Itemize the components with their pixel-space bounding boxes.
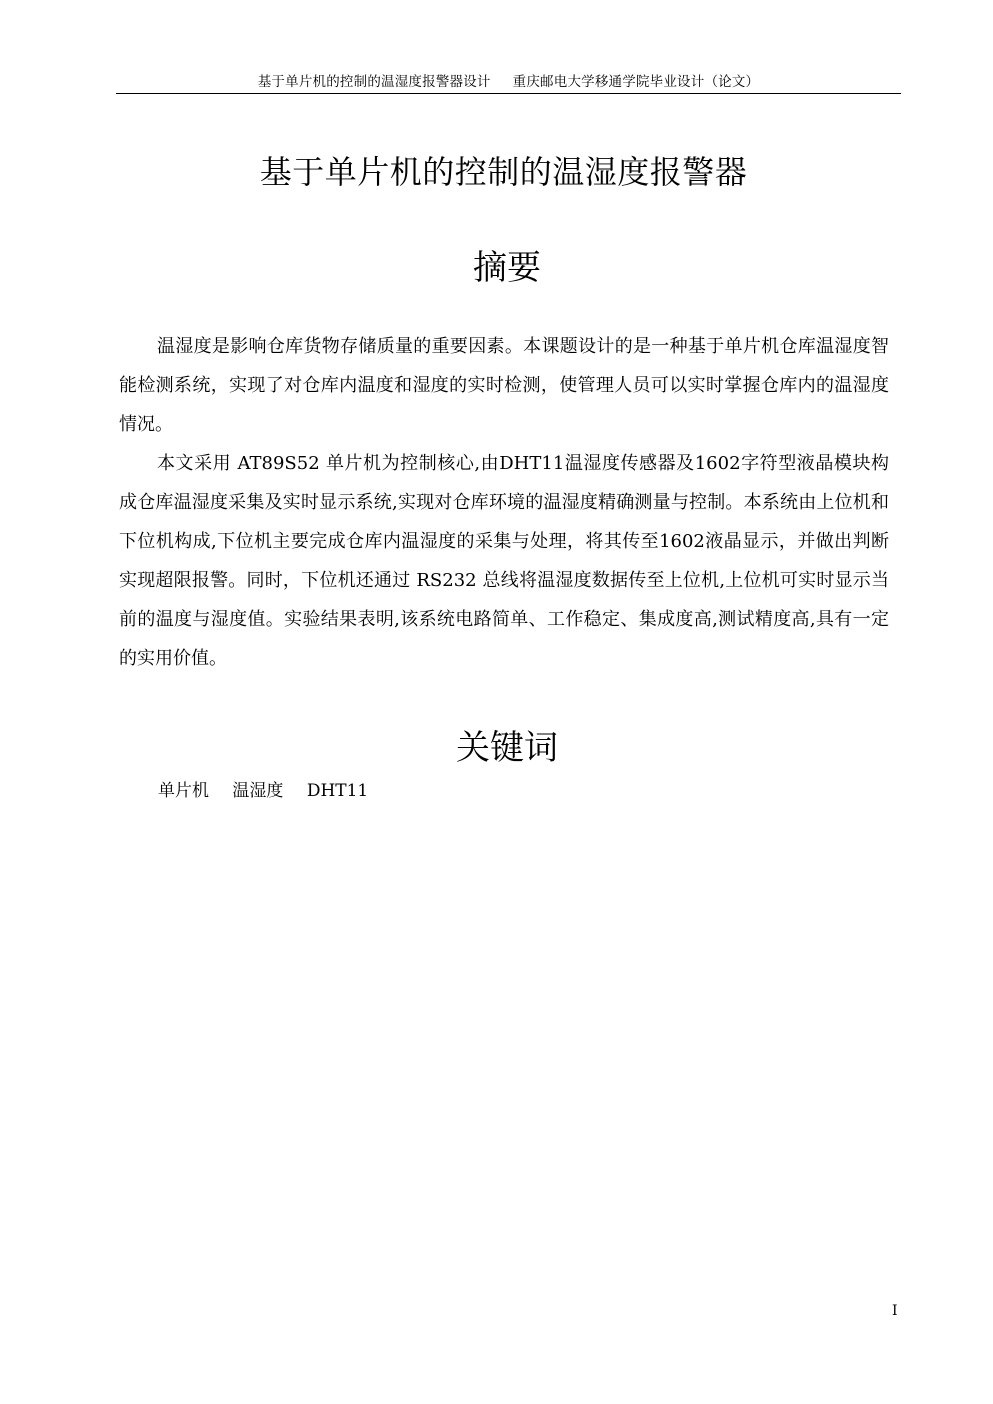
page-title: 基于单片机的控制的温湿度报警器 [0, 147, 993, 193]
keywords-list: 单片机 温湿度 DHT11 [158, 776, 386, 801]
running-header: 基于单片机的控制的温湿度报警器设计重庆邮电大学移通学院毕业设计（论文） [116, 70, 901, 90]
keywords-heading: 关键词 [0, 720, 993, 769]
abstract-heading: 摘要 [0, 240, 993, 289]
header-thesis-title: 基于单片机的控制的温湿度报警器设计 [258, 70, 491, 90]
keyword: 单片机 [158, 781, 209, 801]
abstract-paragraph-1: 温湿度是影响仓库货物存储质量的重要因素。本课题设计的是一种基于单片机仓库温湿度智… [119, 327, 889, 444]
abstract-paragraph-text: 本文采用 AT89S52 单片机为控制核心,由DHT11温湿度传感器及1602字… [119, 444, 889, 678]
keyword: 温湿度 [232, 781, 283, 801]
abstract-paragraph-text: 温湿度是影响仓库货物存储质量的重要因素。本课题设计的是一种基于单片机仓库温湿度智… [119, 327, 889, 444]
keyword: DHT11 [307, 781, 368, 801]
header-university: 重庆邮电大学移通学院毕业设计（论文） [513, 70, 760, 90]
header-rule [116, 93, 901, 94]
abstract-paragraph-2: 本文采用 AT89S52 单片机为控制核心,由DHT11温湿度传感器及1602字… [119, 444, 889, 678]
page-number: I [892, 1303, 898, 1319]
